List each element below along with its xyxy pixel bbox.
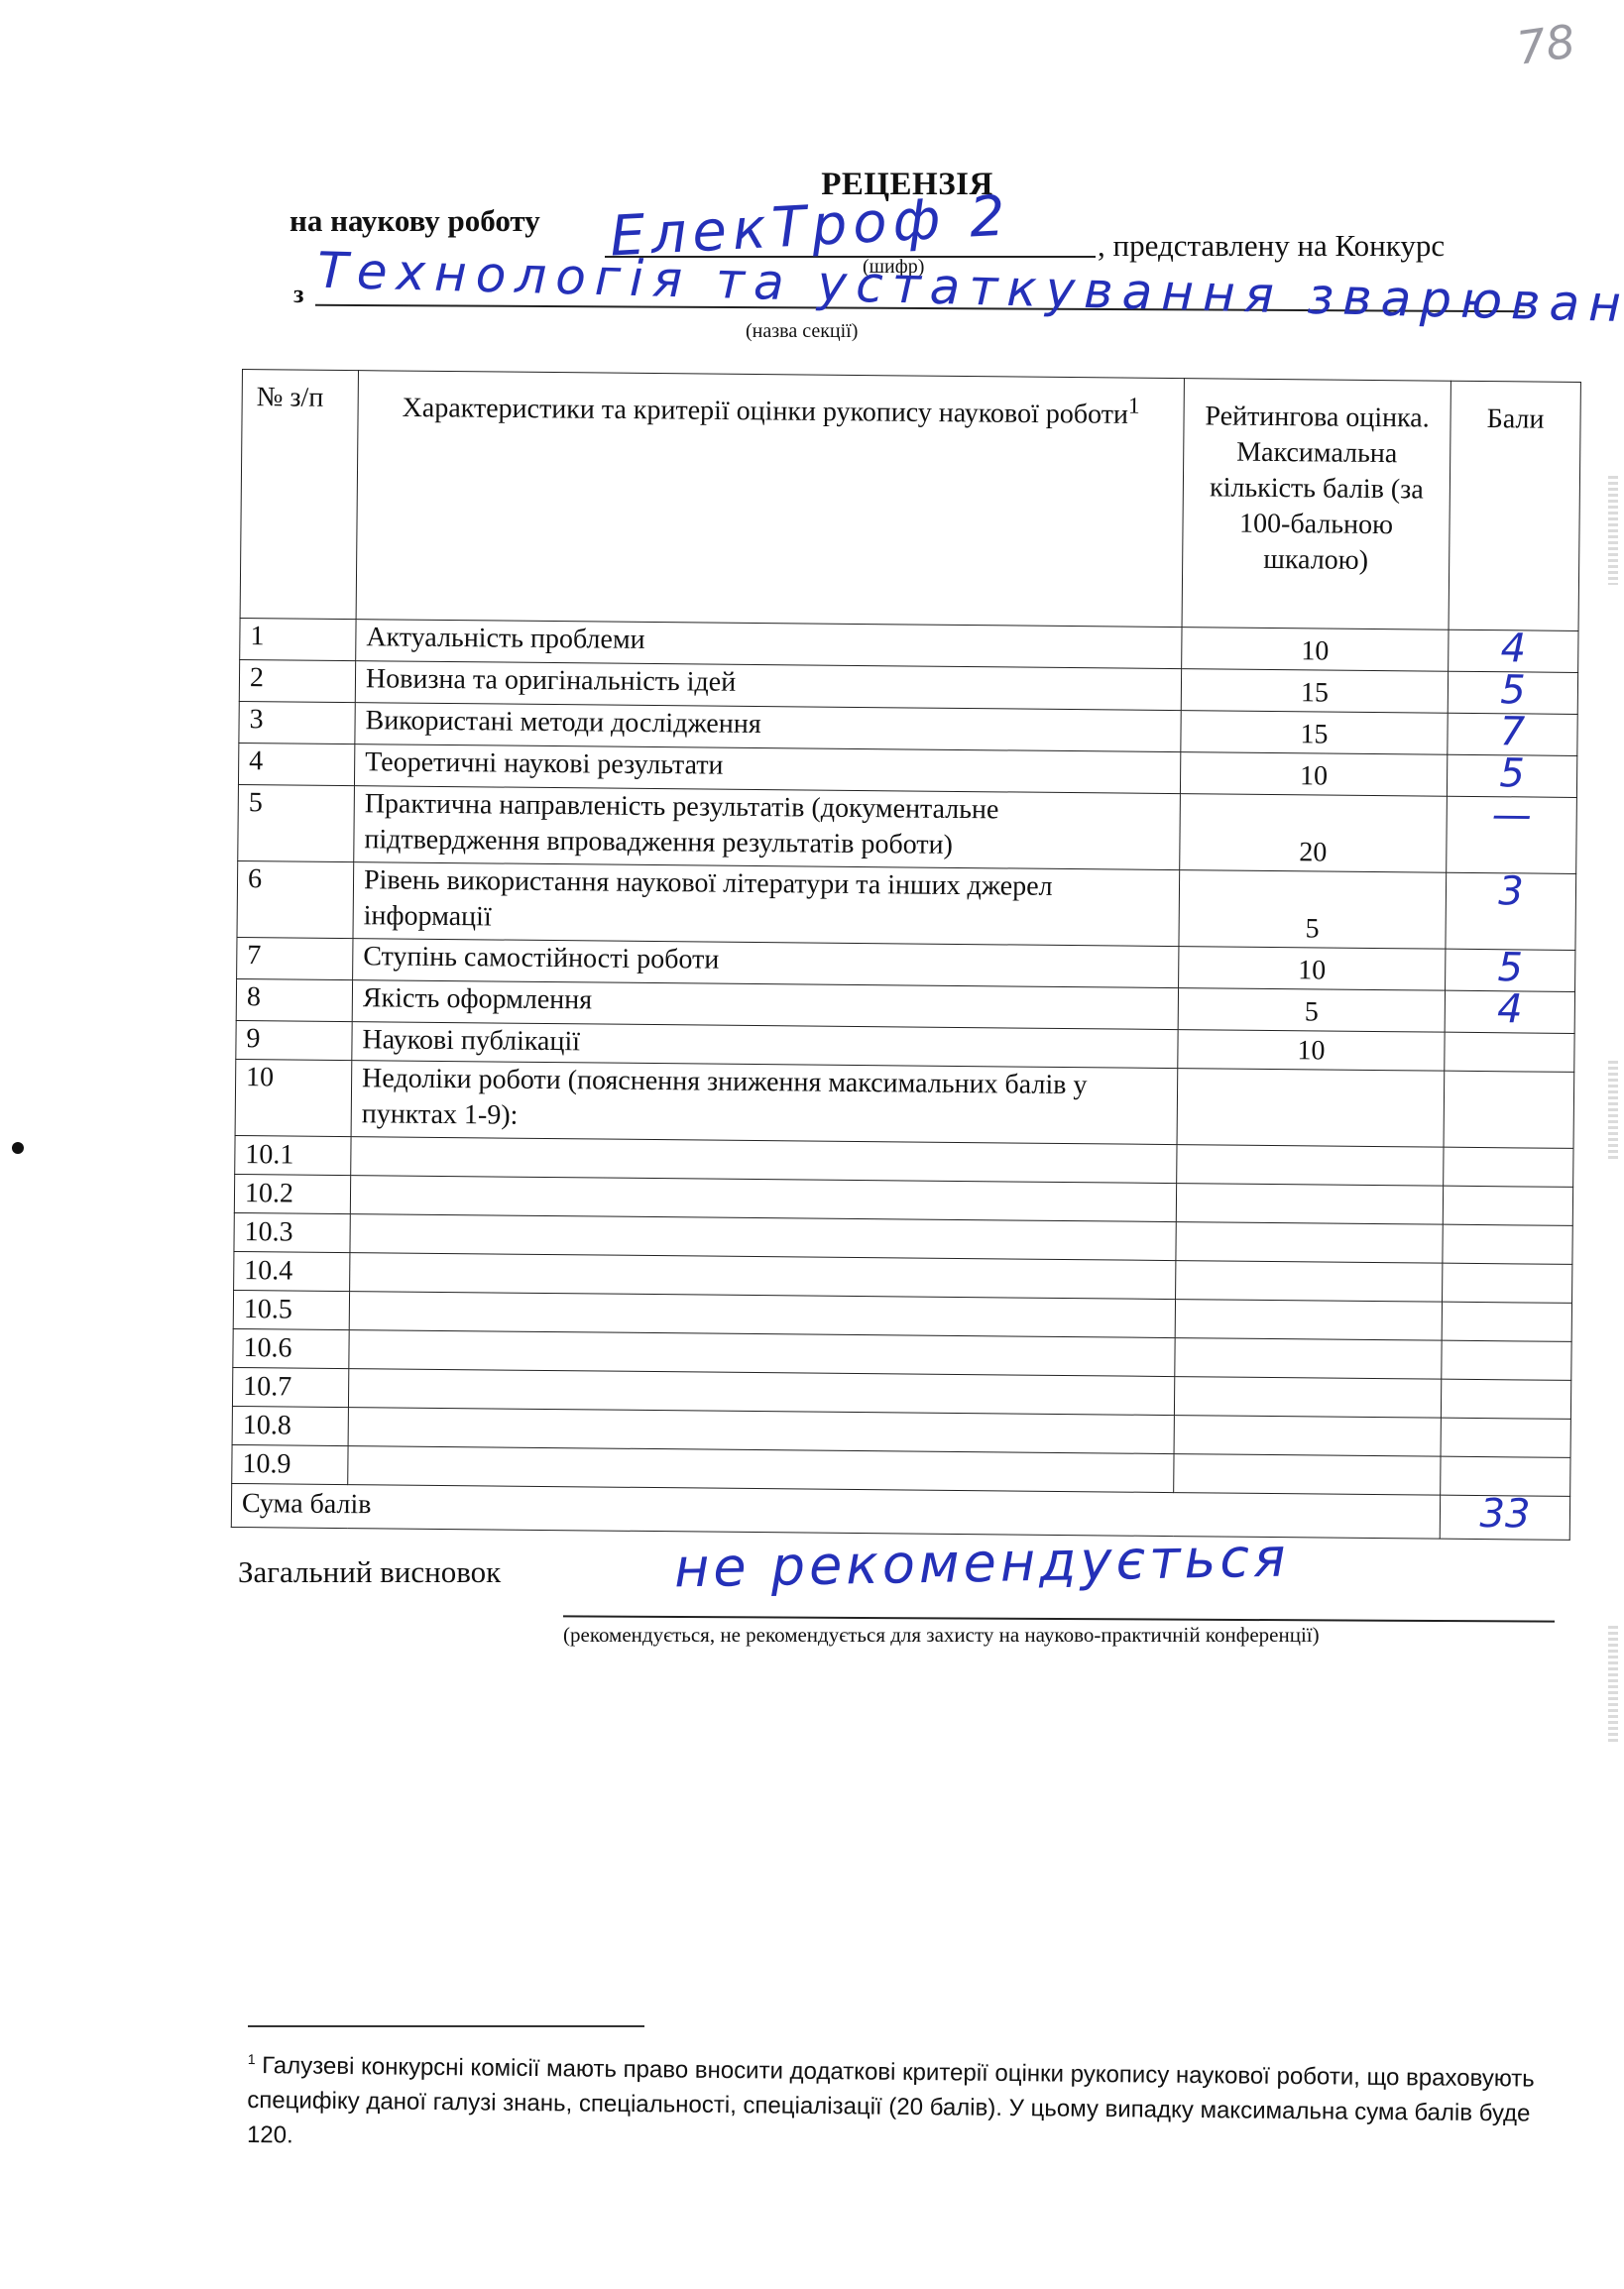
intro-prefix: на наукову роботу [290, 203, 540, 239]
table-header-row: № з/п Характеристики та критерії оцінки … [240, 370, 1580, 631]
subrow-blank [1441, 1418, 1570, 1457]
scan-edge-artifact [1608, 476, 1618, 585]
footnote-separator [248, 2025, 644, 2027]
row-score-cell: 5 [1448, 671, 1577, 714]
subrow-blank [1443, 1224, 1572, 1264]
section-caption: (назва секції) [746, 320, 858, 343]
row-score-cell: 3 [1446, 872, 1576, 950]
row-criterion: Рівень використання наукової літератури … [353, 862, 1180, 947]
subrow-blank [1176, 1184, 1443, 1225]
scan-edge-artifact [1608, 1626, 1618, 1745]
criteria-rows: 1Актуальність проблеми1042Новизна та ори… [231, 618, 1578, 1540]
subrow-number: 10.6 [233, 1328, 349, 1368]
row-number: 9 [236, 1020, 352, 1060]
header-criteria: Характеристики та критерії оцінки рукопи… [356, 371, 1184, 628]
subrow-number: 10.8 [232, 1406, 348, 1445]
row-score-cell: — [1447, 796, 1577, 873]
subrow-number: 10.4 [234, 1251, 350, 1291]
row-score-handwritten: 4 [1497, 991, 1523, 1027]
row-number: 5 [238, 784, 355, 861]
section-prefix: з [293, 280, 303, 309]
footnote: 1 Галузеві конкурсні комісії мають право… [247, 2042, 1547, 2166]
subrow-blank [1444, 1147, 1573, 1187]
intro-suffix: , представлену на Конкурс [1098, 228, 1445, 264]
row-score-handwritten: 3 [1498, 873, 1524, 909]
subrow-number: 10.2 [234, 1174, 350, 1213]
row-score-handwritten: 5 [1500, 672, 1526, 708]
row-number: 10 [235, 1059, 352, 1136]
header-max-score: Рейтингова оцінка. Максимальна кількість… [1182, 379, 1450, 630]
row-score-cell: 4 [1449, 629, 1578, 672]
table-row: 10Недоліки роботи (пояснення зниження ма… [235, 1059, 1574, 1148]
subrow-blank [1176, 1261, 1443, 1303]
row-number: 8 [236, 978, 352, 1021]
subrow-blank [1176, 1222, 1443, 1264]
row-score-cell: 4 [1445, 990, 1574, 1033]
header-score: Бали [1449, 381, 1580, 630]
subrow-blank [1174, 1454, 1441, 1496]
subrow-blank [1174, 1416, 1441, 1457]
sum-score-cell: 33 [1440, 1495, 1569, 1540]
row-max-score: 15 [1181, 711, 1448, 755]
subrow-number: 10.3 [234, 1212, 350, 1252]
header-num: № з/п [240, 370, 358, 620]
subrow-number: 10.7 [232, 1367, 348, 1407]
row-number: 7 [237, 937, 353, 979]
row-score-cell: 5 [1447, 754, 1576, 797]
subrow-blank [1174, 1377, 1441, 1419]
subrow-blank [1177, 1145, 1444, 1187]
conclusion-underline [563, 1615, 1555, 1622]
row-number: 4 [238, 743, 354, 785]
row-score-cell [1445, 1032, 1574, 1072]
table-row: 5Практична направленість результатів (до… [238, 784, 1577, 873]
footnote-text: Галузеві конкурсні комісії мають право в… [247, 2052, 1535, 2148]
row-max-score: 5 [1178, 988, 1445, 1033]
subrow-blank [1443, 1186, 1572, 1225]
row-score-handwritten: — [1492, 797, 1532, 833]
row-number: 3 [239, 701, 355, 744]
footnote-number: 1 [248, 2051, 256, 2067]
row-criterion: Практична направленість результатів (док… [354, 786, 1181, 870]
row-score-handwritten: 4 [1500, 630, 1526, 666]
subrow-blank [1442, 1340, 1571, 1380]
row-number: 2 [239, 659, 355, 702]
subrow-blank [1175, 1300, 1442, 1341]
row-number: 1 [240, 618, 356, 660]
row-score-cell: 7 [1448, 713, 1577, 755]
row-max-score: 10 [1179, 947, 1446, 991]
row-max-score: 10 [1180, 752, 1447, 797]
row-max-score: 15 [1181, 669, 1448, 714]
subrow-number: 10.9 [232, 1444, 348, 1484]
row-score-handwritten: 7 [1500, 714, 1526, 749]
table-row: 6Рівень використання наукової літератури… [237, 860, 1576, 950]
footnote-mark: 1 [1128, 394, 1140, 419]
row-score-handwritten: 5 [1499, 755, 1525, 791]
subrow-blank [1442, 1302, 1571, 1341]
subrow-blank [1443, 1263, 1572, 1303]
row-score-cell: 5 [1446, 949, 1575, 991]
row-score-handwritten: 5 [1497, 950, 1523, 985]
evaluation-table: № з/п Характеристики та критерії оцінки … [231, 369, 1581, 1541]
page-number: 78 [1514, 14, 1578, 75]
sum-score-handwritten: 33 [1479, 1496, 1530, 1532]
conclusion-handwritten: не рекомендується [673, 1527, 1290, 1600]
row-criterion: Недоліки роботи (пояснення зниження макс… [351, 1061, 1178, 1145]
subrow-blank [1441, 1379, 1570, 1419]
subrow-number: 10.1 [235, 1135, 351, 1175]
row-max-score: 5 [1179, 870, 1447, 950]
row-max-score: 10 [1178, 1030, 1445, 1072]
row-score-cell [1444, 1071, 1574, 1148]
row-max-score: 20 [1180, 794, 1448, 873]
row-max-score: 10 [1182, 628, 1449, 672]
row-max-score [1177, 1069, 1445, 1148]
subrow-number: 10.5 [233, 1290, 349, 1329]
scan-dot [12, 1142, 24, 1154]
conclusion-label: Загальний висновок [238, 1554, 501, 1590]
row-number: 6 [237, 860, 354, 938]
conclusion-caption: (рекомендується, не рекомендується для з… [563, 1623, 1320, 1648]
scan-edge-artifact [1608, 1061, 1618, 1160]
subrow-blank [1175, 1338, 1442, 1380]
